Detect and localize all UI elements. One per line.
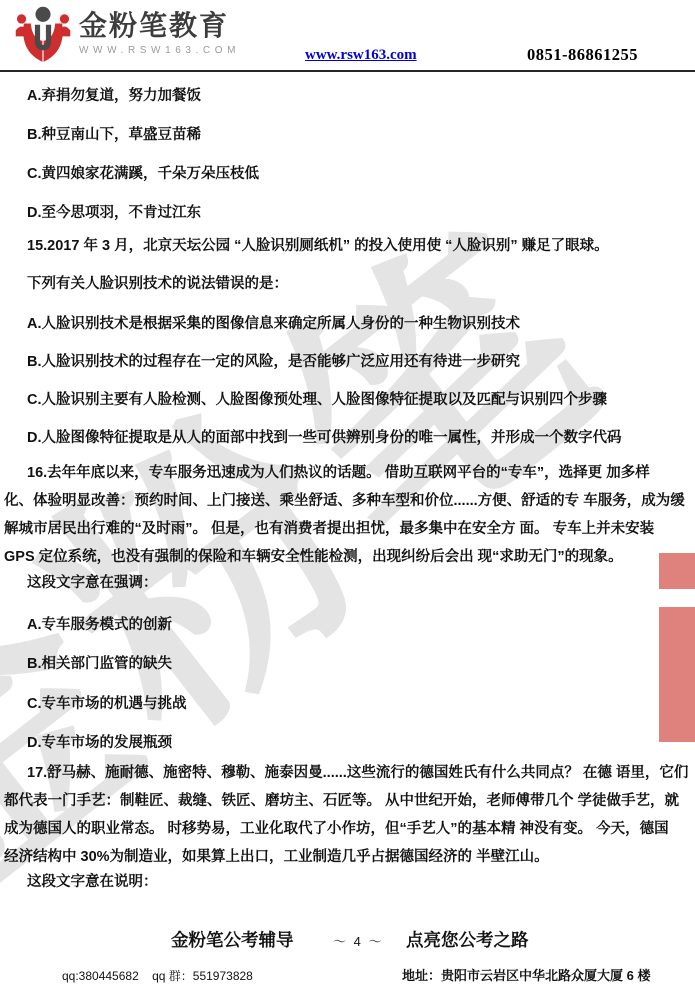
option-c: C.黄四娘家花满蹊，千朵万朵压枝低 [27, 162, 259, 183]
question-15-stem: 15.2017 年 3 月，北京天坛公园 “人脸识别厕纸机” 的投入使用使 “人… [27, 234, 609, 255]
header-divider [0, 70, 695, 72]
question-15-option-b: B.人脸识别技术的过程存在一定的风险，是否能够广泛应用还有待进一步研究 [27, 350, 520, 371]
question-15-option-c: C.人脸识别主要有人脸检测、人脸图像预处理、人脸图像特征提取以及匹配与识别四个步… [27, 388, 607, 409]
question-17-paragraph: 17.舒马赫、施耐德、施密特、穆勒、施泰因曼......这些流行的德国姓氏有什么… [4, 759, 694, 871]
question-17-line: 17.舒马赫、施耐德、施密特、穆勒、施泰因曼......这些流行的德国姓氏有什么… [4, 759, 694, 787]
question-16-line: 16.去年年底以来，专车服务迅速成为人们热议的话题。 借助互联网平台的“专车”，… [4, 459, 694, 487]
question-16-line: GPS 定位系统，也没有强制的保险和车辆安全性能检测，出现纠纷后会出 现“求助无… [4, 543, 694, 571]
question-15-option-d: D.人脸图像特征提取是从人的面部中找到一些可供辨别身份的唯一属性，并形成一个数字… [27, 426, 622, 447]
option-d: D.至今思项羽，不肯过江东 [27, 201, 201, 222]
footer-qq: qq:380445682 [62, 969, 139, 983]
question-16-option-b: B.相关部门监管的缺失 [27, 652, 172, 673]
brand-site: WWW.RSW163.COM [79, 45, 240, 56]
option-b: B.种豆南山下，草盛豆苗稀 [27, 123, 201, 144]
brand-logo-icon [13, 5, 73, 68]
question-16-option-d: D.专车市场的发展瓶颈 [27, 731, 172, 752]
pink-artifact-block [659, 607, 695, 742]
header-website-link[interactable]: www.rsw163.com [305, 47, 417, 64]
header-logo-text: 金粉笔教育 WWW.RSW163.COM [79, 5, 240, 56]
question-16-line: 解城市居民出行难的“及时雨”。 但是，也有消费者提出担忧，最多集中在安全方 面。… [4, 515, 694, 543]
document-page: 金粉笔 金粉笔教育 WWW.RSW163.COM www.rsw163.com … [0, 0, 695, 1008]
question-16-line: 化、体验明显改善：预约时间、上门接送、乘坐舒适、多种车型和价位......方便、… [4, 487, 694, 515]
question-17-line: 成为德国人的职业常态。 时移势易，工业化取代了小作坊，但“手艺人”的基本精 神没… [4, 815, 694, 843]
header-logo: 金粉笔教育 WWW.RSW163.COM [13, 5, 240, 68]
question-15-prompt: 下列有关人脸识别技术的说法错误的是： [27, 272, 288, 293]
option-a: A.弃捐勿复道，努力加餐饭 [27, 84, 201, 105]
header-phone-number: 0851-86861255 [527, 45, 638, 65]
footer-brand: 金粉笔公考辅导 [171, 927, 294, 952]
question-17-line: 经济结构中 30%为制造业，如果算上出口，工业制造几乎占据德国经济的 半壁江山。 [4, 843, 694, 871]
question-16-paragraph: 16.去年年底以来，专车服务迅速成为人们热议的话题。 借助互联网平台的“专车”，… [4, 459, 694, 571]
footer-qq-group: qq 群：551973828 [152, 969, 253, 983]
question-17-prompt: 这段文字意在说明： [27, 870, 158, 891]
footer-address: 地址：贵阳市云岩区中华北路众厦大厦 6 楼 [402, 965, 650, 984]
footer-slogan: 点亮您公考之路 [406, 927, 529, 952]
brand-name: 金粉笔教育 [79, 11, 240, 41]
footer-contact: qq:380445682 qq 群：551973828 [62, 967, 253, 984]
question-15-option-a: A.人脸识别技术是根据采集的图像信息来确定所属人身份的一种生物识别技术 [27, 312, 520, 333]
question-16-option-a: A.专车服务模式的创新 [27, 613, 172, 634]
pink-artifact-block [659, 553, 695, 589]
question-16-option-c: C.专车市场的机遇与挑战 [27, 692, 187, 713]
question-17-line: 都代表一门手艺：制鞋匠、裁缝、铁匠、磨坊主、石匠等。 从中世纪开始，老师傅带几个… [4, 787, 694, 815]
page-number: ～ 4 ～ [333, 931, 383, 950]
question-16-prompt: 这段文字意在强调： [27, 571, 158, 592]
